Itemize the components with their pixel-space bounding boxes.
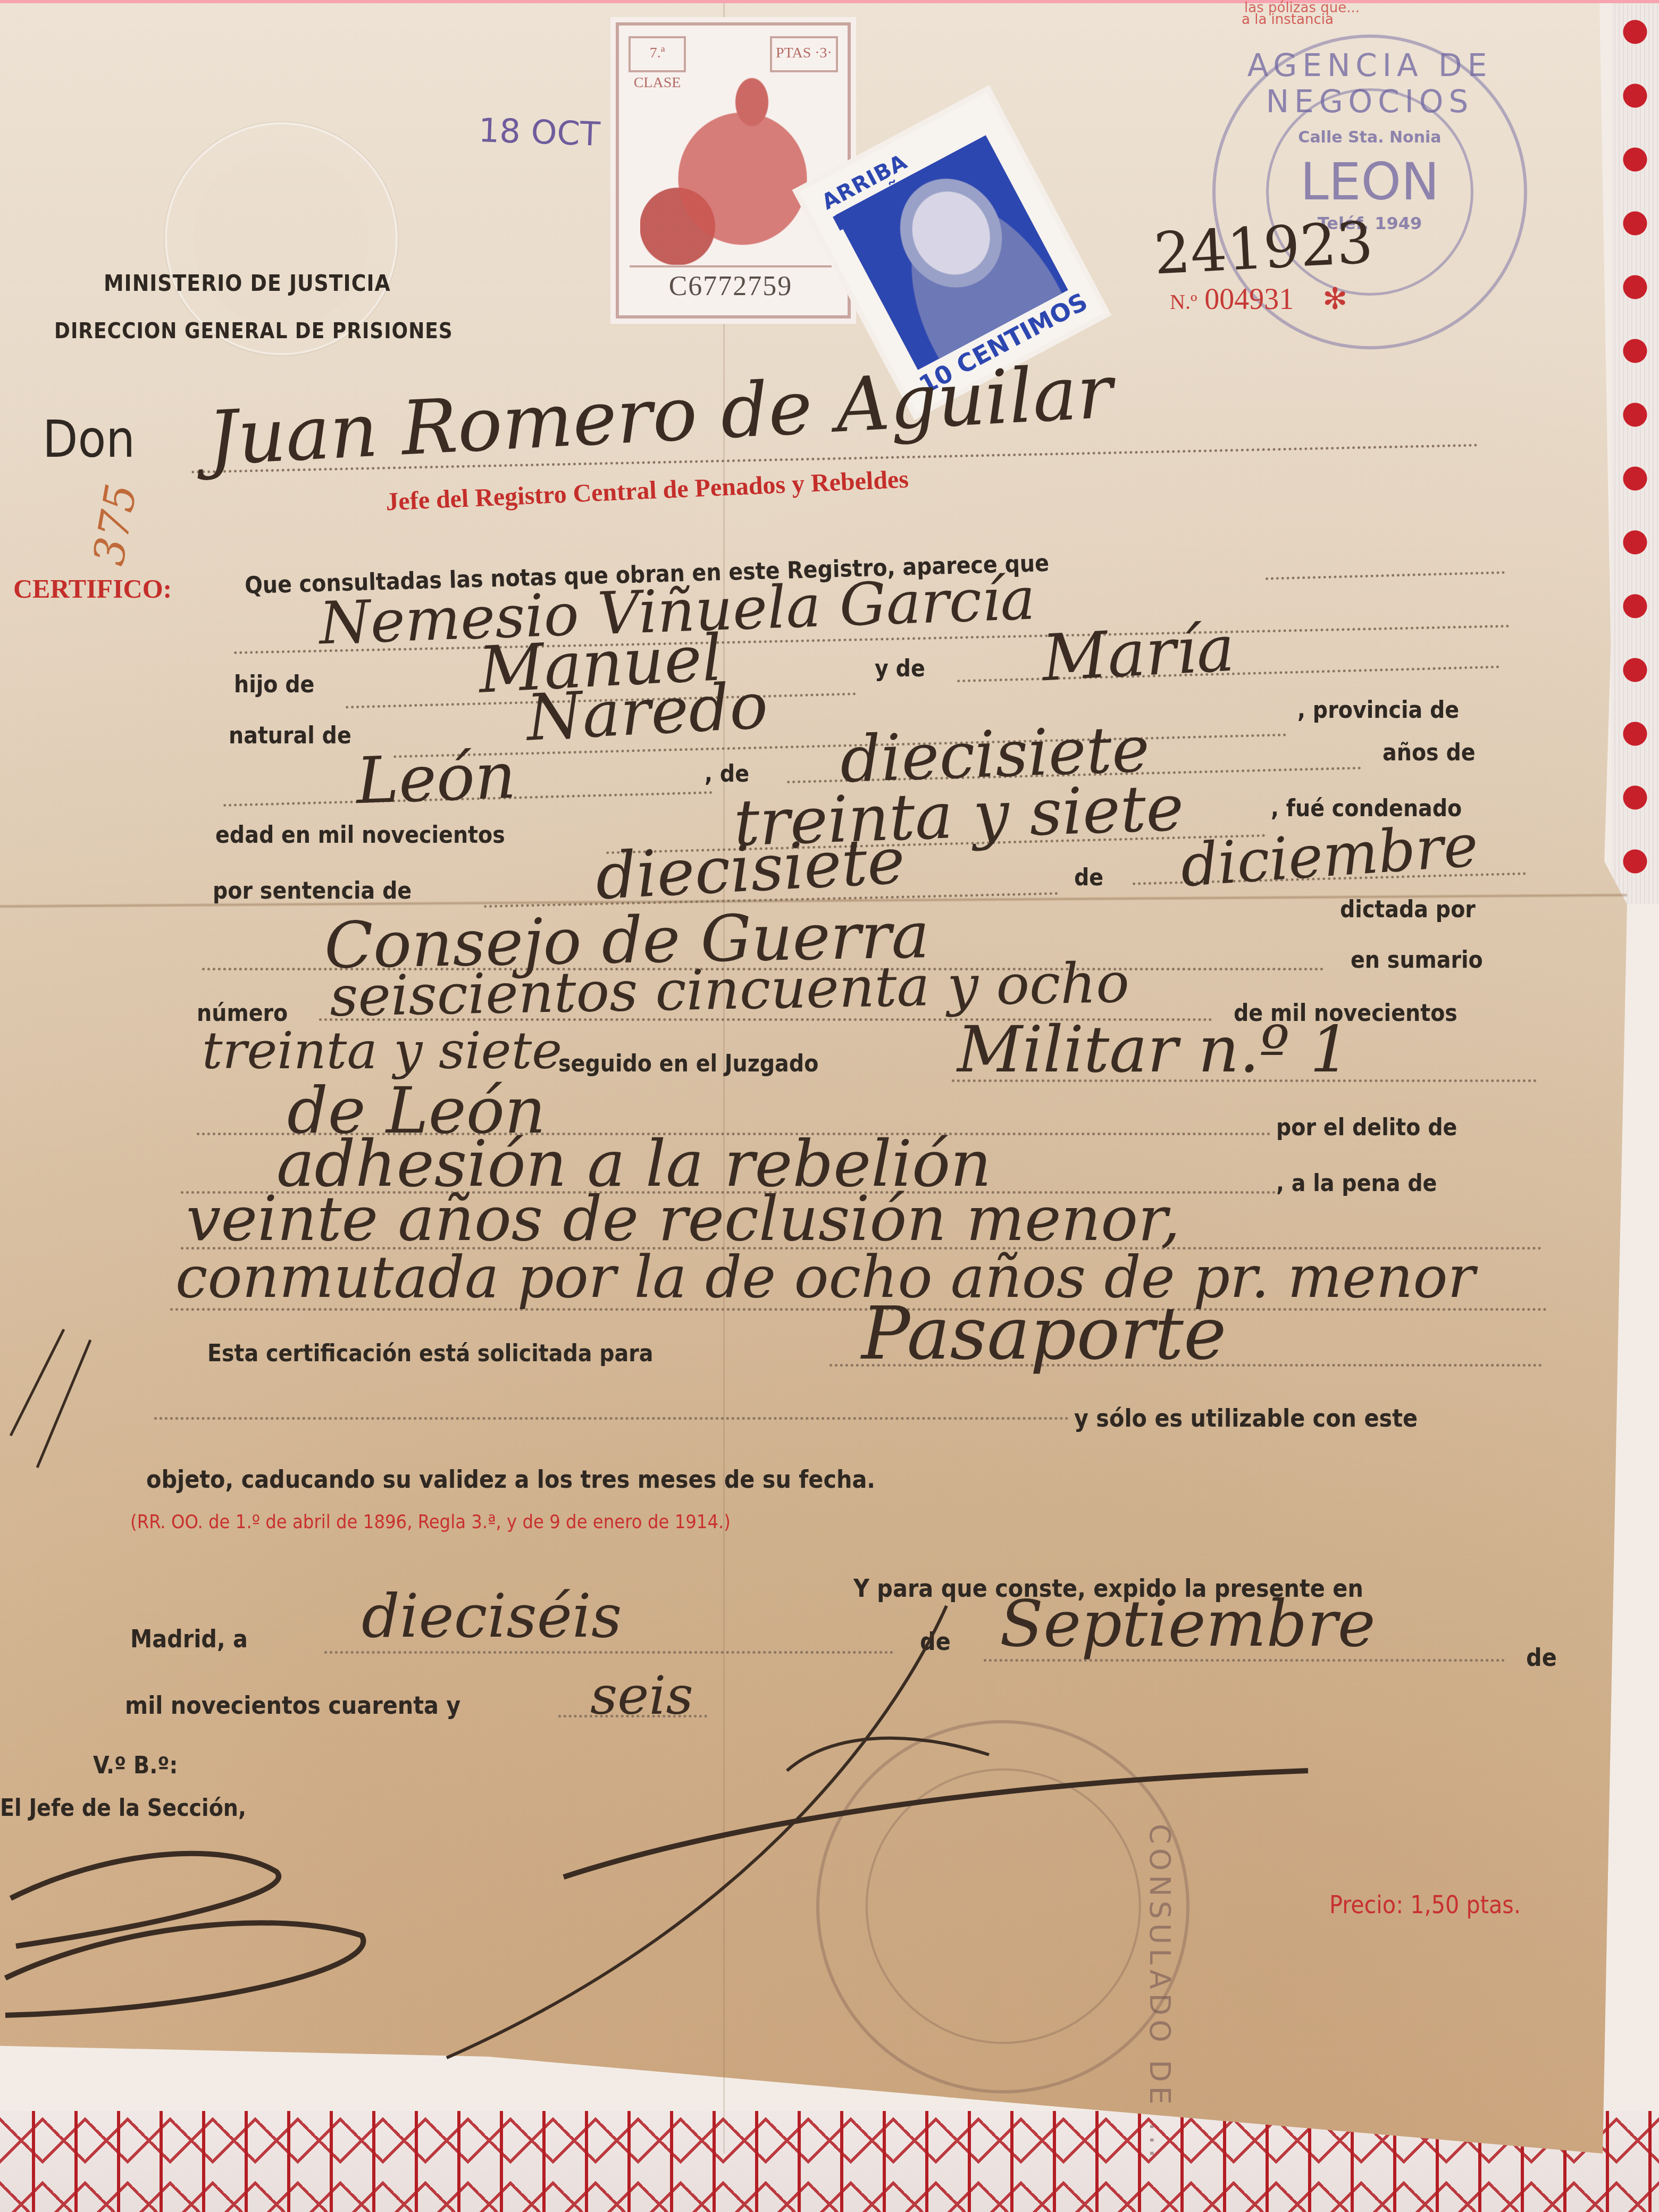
price-label: Precio: 1,50 ptas. (1329, 1890, 1521, 1919)
signatures-icon (0, 0, 1659, 2212)
